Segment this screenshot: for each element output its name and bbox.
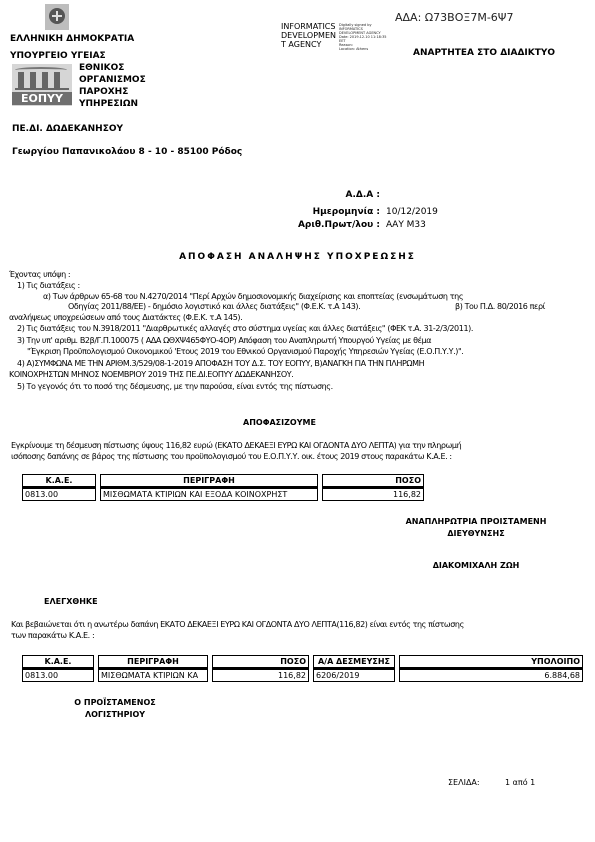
address-label: Γεωργίου Παπανικολάου 8 - 10 - 85100 Ρόδ… (12, 147, 242, 157)
protocol-label: Αριθ.Πρωτ/λου : (270, 220, 380, 230)
protocol-value: ΑΑΥ Μ33 (386, 220, 426, 230)
col-header-commitment-no: Α/Α ΔΕΣΜΕΥΣΗΣ (313, 655, 395, 669)
cell-commitment-no: 6206/2019 (313, 669, 395, 682)
table-row: 0813.00 ΜΙΣΘΩΜΑΤΑ ΚΤΙΡΙΩΝ ΚΑ 116,82 6206… (22, 669, 583, 682)
cell-kae: 0813.00 (22, 488, 96, 501)
date-value: 10/12/2019 (386, 207, 438, 217)
preamble-item-1: 1) Τις διατάξεις : (17, 281, 80, 290)
col-header-amount: ΠΟΣΟ (322, 474, 424, 488)
preamble-item-1a: α) Των άρθρων 65-68 του Ν.4270/2014 "Περ… (43, 292, 463, 301)
check-kae-table: Κ.Α.Ε. ΠΕΡΙΓΡΑΦΗ ΠΟΣΟ Α/Α ΔΕΣΜΕΥΣΗΣ ΥΠΟΛ… (18, 655, 587, 682)
col-header-balance: ΥΠΟΛΟΙΠΟ (399, 655, 583, 669)
preamble-item-4-cont: ΚΟΙΝΟΧΡΗΣΤΩΝ ΜΗΝΟΣ ΝΟΕΜΒΡΙΟΥ 2019 ΤΗΣ ΠΕ… (9, 370, 293, 379)
ada-stamp: ΑΔΑ: Ω73ΒΟΞ7Μ-6Ψ7 (395, 11, 513, 24)
col-header-kae: Κ.Α.Ε. (22, 655, 94, 669)
cell-description: ΜΙΣΘΩΜΑΤΑ ΚΤΙΡΙΩΝ ΚΑΙ ΕΞΟΔΑ ΚΟΙΝΟΧΡΗΣΤ (100, 488, 318, 501)
signer-agency: INFORMATICS DEVELOPMEN T AGENCY (281, 22, 336, 49)
preamble-item-5: 5) Το γεγονός ότι το ποσό της δέσμευσης,… (17, 382, 333, 391)
signatory-role: ΑΝΑΠΛΗΡΩΤΡΙΑ ΠΡΟΙΣΤΑΜΕΝΗ ΔΙΕΥΘΥΝΣΗΣ (386, 516, 566, 540)
accounting-head-role: Ο ΠΡΟΪΣΤΑΜΕΝΟΣ ΛΟΓΙΣΤΗΡΙΟΥ (60, 697, 170, 721)
cell-amount: 116,82 (212, 669, 309, 682)
preamble-item-3-cont: "Έγκριση Προϋπολογισμού Οικονομικού 'Ετο… (27, 347, 463, 356)
ministry-label: ΥΠΟΥΡΓΕΙΟ ΥΓΕΙΑΣ (10, 51, 106, 61)
organization-name: ΕΘΝΙΚΟΣ ΟΡΓΑΝΙΣΜΟΣ ΠΑΡΟΧΗΣ ΥΠΗΡΕΣΙΩΝ (79, 62, 146, 110)
greek-emblem-icon (45, 4, 69, 30)
document-title: ΑΠΟΦΑΣΗ ΑΝΑΛΗΨΗΣ ΥΠΟΧΡΕΩΣΗΣ (0, 252, 595, 262)
posting-note: ΑΝΑΡΤΗΤΕΑ ΣΤΟ ΔΙΑΔΙΚΤΥΟ (413, 48, 555, 58)
check-text-cont: των παρακάτω Κ.Α.Ε. : (11, 631, 94, 640)
ada-label: Α.Δ.Α : (300, 190, 380, 200)
table-row: 0813.00 ΜΙΣΘΩΜΑΤΑ ΚΤΙΡΙΩΝ ΚΑΙ ΕΞΟΔΑ ΚΟΙΝ… (22, 488, 424, 501)
table-header-row: Κ.Α.Ε. ΠΕΡΙΓΡΑΦΗ ΠΟΣΟ Α/Α ΔΕΣΜΕΥΣΗΣ ΥΠΟΛ… (22, 655, 583, 669)
cell-balance: 6.884,68 (399, 669, 583, 682)
col-header-description: ΠΕΡΙΓΡΑΦΗ (100, 474, 318, 488)
date-label: Ημερομηνία : (280, 207, 380, 217)
table-header-row: Κ.Α.Ε. ΠΕΡΙΓΡΑΦΗ ΠΟΣΟ (22, 474, 424, 488)
decision-text-cont: ισόποσης δαπάνης σε βάρος της πίστωσης τ… (11, 452, 452, 461)
page-number: 1 από 1 (505, 778, 535, 787)
decision-text: Εγκρίνουμε τη δέσμευση πίστωσης ύψους 11… (11, 441, 461, 450)
preamble-item-2: 2) Τις διατάξεις του Ν.3918/2011 "Διαρθρ… (17, 324, 473, 333)
col-header-description: ΠΕΡΙΓΡΑΦΗ (98, 655, 208, 669)
col-header-kae: Κ.Α.Ε. (22, 474, 96, 488)
cell-kae: 0813.00 (22, 669, 94, 682)
decision-kae-table: Κ.Α.Ε. ΠΕΡΙΓΡΑΦΗ ΠΟΣΟ 0813.00 ΜΙΣΘΩΜΑΤΑ … (18, 474, 428, 501)
checked-heading: ΕΛΕΓΧΘΗΚΕ (44, 597, 98, 606)
cell-description: ΜΙΣΘΩΜΑΤΑ ΚΤΙΡΙΩΝ ΚΑ (98, 669, 208, 682)
eopyy-logo-icon: ΕΟΠΥΥ (12, 64, 72, 106)
check-text: Και βεβαιώνεται ότι η ανωτέρω δαπάνη ΕΚΑ… (11, 620, 464, 629)
decision-heading: ΑΠΟΦΑΣΙΖΟΥΜΕ (243, 418, 316, 427)
signatory-name: ΔΙΑΚΟΜΙΧΑΛΗ ΖΩΗ (386, 561, 566, 570)
preamble-item-3: 3) Την υπ' αριθμ. Β2β/Γ.Π.100075 ( ΑΔΑ Ω… (17, 336, 431, 345)
preamble-item-1b-cont: αναλήψεως υποχρεώσεων από τους Διατάκτες… (9, 313, 242, 322)
col-header-amount: ΠΟΣΟ (212, 655, 309, 669)
republic-label: ΕΛΛΗΝΙΚΗ ΔΗΜΟΚΡΑΤΙΑ (10, 34, 134, 44)
cell-amount: 116,82 (322, 488, 424, 501)
department-label: ΠΕ.ΔΙ. ΔΩΔΕΚΑΝΗΣΟΥ (12, 124, 123, 134)
preamble-item-1b: β) Του Π.Δ. 80/2016 περί (455, 302, 545, 311)
preamble-item-1a-cont: Οδηγίας 2011/88/ΕΕ) - δημόσιο λογιστικό … (68, 302, 360, 311)
preamble-item-4: 4) Α)ΣΥΜΦΩΝΑ ΜΕ ΤΗΝ ΑΡΙΘΜ.3/529/08-1-201… (17, 359, 424, 368)
digital-signature-block: Digitally signed by INFORMATICS DEVELOPM… (339, 23, 387, 51)
page-label: ΣΕΛΙΔΑ: (448, 778, 480, 787)
preamble-intro: Έχοντας υπόψη : (9, 270, 70, 279)
